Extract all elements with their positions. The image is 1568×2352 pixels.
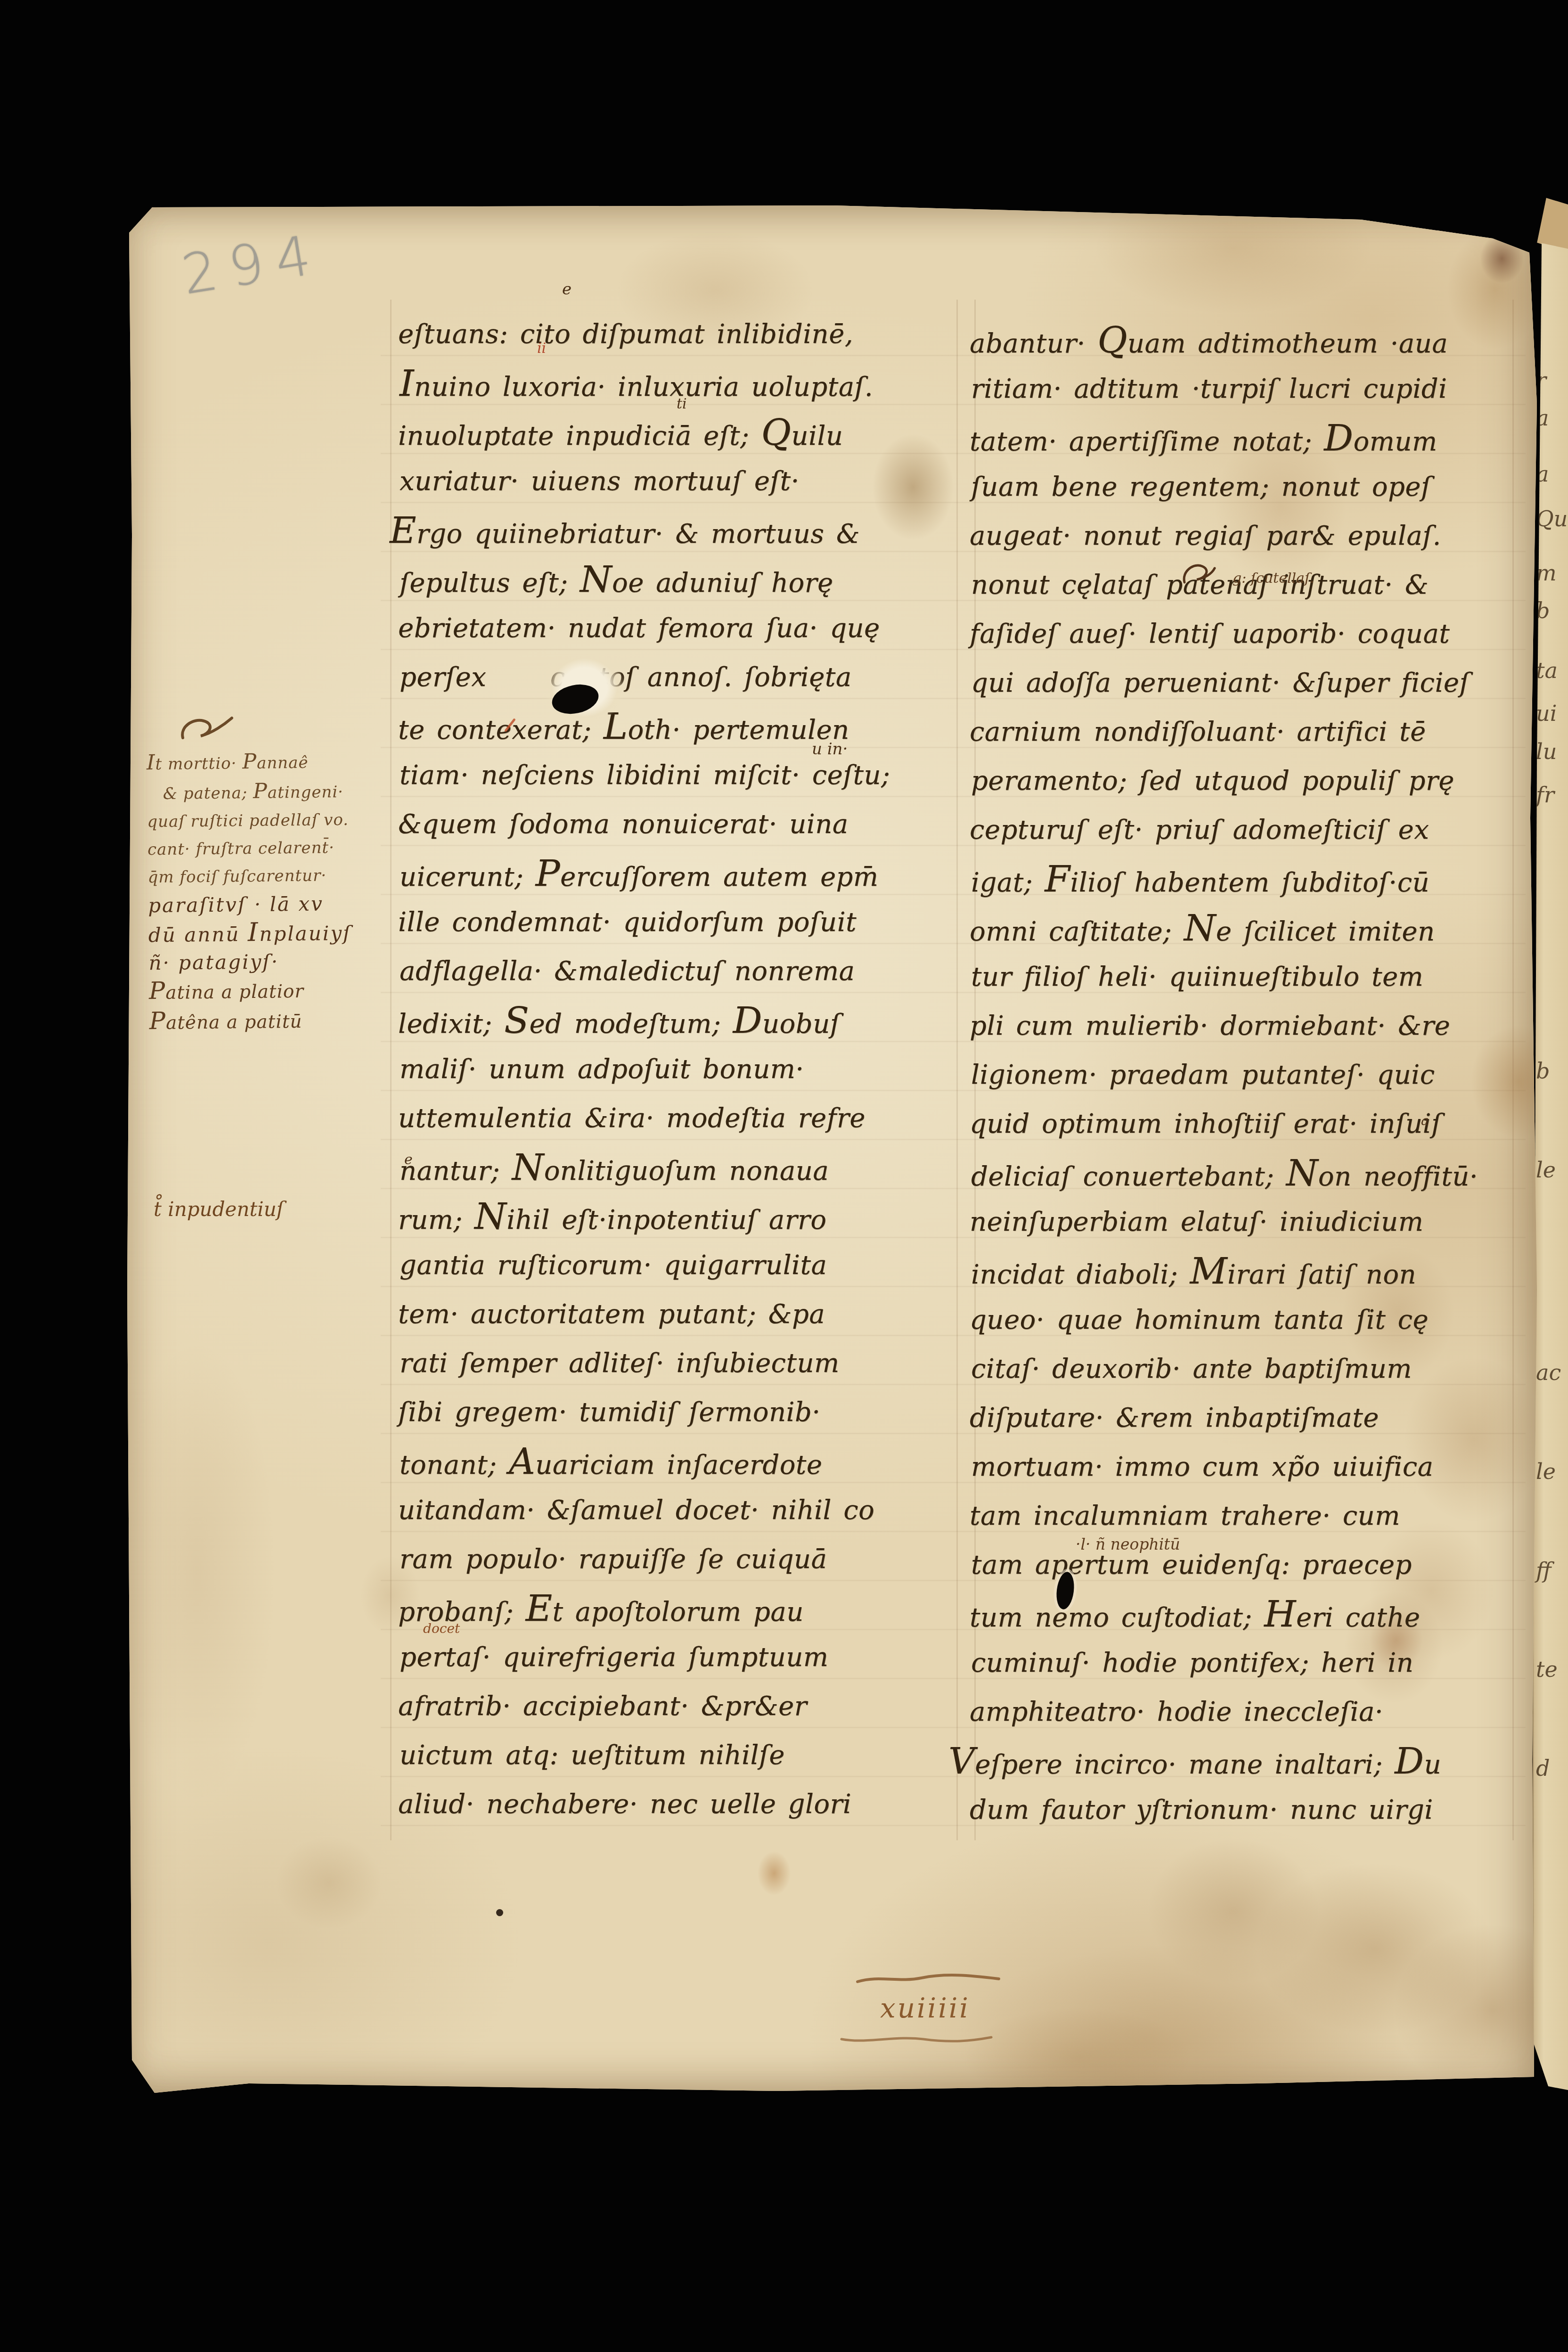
interlinear-gloss: docet — [423, 1621, 460, 1636]
enlarged-initial: E — [526, 1587, 553, 1630]
enlarged-initial: N — [512, 1146, 544, 1189]
enlarged-initial: H — [1264, 1593, 1296, 1635]
manuscript-line: maliſ· unum adpoſuit bonum· — [400, 1045, 965, 1094]
manuscript-line: ſibi gregem· tumidiſ ſermonib· — [398, 1388, 964, 1437]
edge-text-fragment: le — [1536, 1157, 1556, 1183]
enlarged-initial: P — [149, 977, 166, 1004]
manuscript-line: diſputare· &rem inbaptiſmate — [970, 1394, 1526, 1443]
stain — [1475, 228, 1529, 289]
manuscript-line: ſuam bene regentem; nonut opeſ — [971, 463, 1527, 512]
manuscript-line: ligionem· praedam putanteſ· quic — [971, 1051, 1527, 1100]
manuscript-line: ledixit; Sed modeſtum; Duobuſ — [398, 996, 964, 1045]
edge-text-fragment: fr — [1536, 782, 1554, 808]
edge-text-fragment: ta — [1536, 658, 1558, 683]
interlinear-correction: e — [562, 280, 572, 299]
manuscript-line: Ergo quiinebriatur· & mortuus & — [390, 506, 964, 555]
edge-text-fragment: m — [1536, 560, 1557, 586]
manuscript-line: faſideſ aueſ· lentiſ uaporib· coquat — [970, 610, 1526, 659]
enlarged-initial: P — [149, 1007, 166, 1035]
enlarged-initial: N — [580, 558, 612, 601]
quire-signature: xuiiiii — [880, 1992, 970, 2024]
enlarged-initial: I — [247, 917, 259, 947]
marginal-note-line: Patêna a patitū — [149, 1004, 451, 1037]
marginal-note-line: It morttio· Pannaê — [147, 746, 449, 779]
manuscript-line: xuriatur· uiuens mortuuſ eſt· — [400, 457, 965, 506]
manuscript-line: queo· quae hominum tanta ſit cę — [970, 1296, 1526, 1345]
manuscript-line: cepturuſ eſt· priuſ adomeſticiſ ex — [970, 806, 1526, 855]
manuscript-line: nantur; Nonlitiguoſum nonaua — [400, 1143, 965, 1192]
stain — [753, 1845, 795, 1902]
manuscript-line: te contexerat; Loth· pertemulen — [398, 702, 964, 751]
manuscript-line: tonant; Auariciam inſacerdote — [400, 1437, 965, 1486]
interlinear-gloss: g: ſcutellaſ. — [1233, 570, 1315, 587]
interlinear-correction: a — [1421, 1113, 1429, 1128]
manuscript-line: uttemulentia &ira· modeſtia refre — [398, 1094, 964, 1143]
enlarged-initial: Q — [1097, 319, 1127, 361]
interlinear-gloss: u in· — [812, 740, 848, 759]
manuscript-line: quid optimum inhoſtiiſ erat· inſuiſ — [970, 1100, 1526, 1149]
marginal-note-line: quaſ ruſtici padellaſ vo. — [147, 805, 449, 836]
next-folio-corner-chip — [1535, 198, 1568, 253]
manuscript-line: inuoluptate inpudiciā eſt; Quilu — [398, 408, 964, 457]
manuscript-line: adflagella· &maledictuſ nonrema — [400, 947, 965, 996]
enlarged-initial: Q — [761, 411, 792, 454]
manuscript-line: citaſ· deuxorib· ante baptiſmum — [971, 1345, 1527, 1394]
manuscript-line: neinſuperbiam elatuſ· iniudicium — [970, 1198, 1526, 1247]
manuscript-line: aliud· nechabere· nec uelle glori — [398, 1780, 964, 1829]
signe-de-renvoi-icon — [179, 713, 236, 746]
edge-text-fragment: le — [1536, 1459, 1556, 1484]
enlarged-initial: E — [390, 509, 416, 552]
enlarged-initial: Q — [1536, 506, 1554, 531]
interlinear-correction: e — [404, 1151, 413, 1168]
parchment-hole-dark — [549, 680, 601, 718]
enlarged-initial: D — [733, 999, 762, 1042]
marginal-note-line: paraſitvſ · lā xv — [148, 889, 450, 920]
enlarged-initial: I — [400, 362, 414, 405]
manuscript-line: uictum atq: ueſtitum nihilſe — [400, 1731, 965, 1780]
marginal-note-line: cant· fruſtra celarent̄· — [147, 833, 449, 864]
manuscript-line: ebrietatem· nudat femora ſua· quę — [398, 604, 964, 653]
manuscript-line: gantia ruſticorum· quigarrulita — [400, 1241, 965, 1290]
manuscript-line: peramento; ſed utquod populiſ prę — [971, 757, 1527, 806]
manuscript-line: omni caſtitate; Ne ſcilicet imiten — [970, 904, 1526, 953]
manuscript-line: probanſ; Et apoſtolorum pau — [398, 1584, 964, 1633]
enlarged-initial: P — [253, 779, 268, 803]
manuscript-line: tum nemo cuſtodiat; Heri cathe — [970, 1590, 1526, 1639]
enlarged-initial: M — [1190, 1250, 1227, 1292]
edge-text-fragment: r — [1536, 367, 1546, 393]
ink-dot — [496, 1909, 503, 1916]
manuscript-line: pertaſ· quirefrigeria ſumptuum — [400, 1633, 965, 1682]
interlinear-correction: ti — [677, 396, 687, 412]
parchment-hole — [543, 651, 626, 724]
manuscript-line: rati ſemper adliteſ· inſubiectum — [400, 1339, 965, 1388]
manuscript-line: deliciaſ conuertebant; Non neoffitū· — [971, 1149, 1527, 1198]
quire-flourish-icon — [839, 2033, 994, 2045]
marginal-note-patena: It morttio· Pannaê& patena; Patingeni·qu… — [147, 746, 451, 1037]
edge-text-fragment: a — [1536, 405, 1549, 431]
left-text-column: eſtuans: cito diſpumat inlibidinē,Inuino… — [398, 310, 964, 1829]
manuscript-line: ſepultus eſt; Noe aduniuſ horę — [400, 555, 965, 604]
manuscript-line: tiam· neſciens libidini miſcit· ceſtu; — [400, 751, 965, 800]
manuscript-line: cuminuſ· hodie pontifex; heri in — [971, 1639, 1527, 1688]
enlarged-initial: D — [1324, 417, 1353, 459]
edge-text-fragment: a — [1536, 461, 1549, 487]
manuscript-line: uicerunt; Percuſſorem autem epm̄ — [400, 849, 965, 898]
manuscript-line: afratrib· accipiebant· &pr&er — [398, 1682, 964, 1731]
manuscript-line: incidat diaboli; Mirari ſatiſ non — [971, 1247, 1527, 1296]
manuscript-line: uitandam· &ſamuel docet· nihil co — [398, 1486, 964, 1535]
manuscript-line: ram populo· rapuiſſe ſe cuiquā — [400, 1535, 965, 1584]
enlarged-initial: V — [948, 1740, 975, 1782]
manuscript-line: &quem ſodoma nonuicerat· uina — [398, 800, 964, 849]
enlarged-initial: N — [1286, 1152, 1318, 1194]
enlarged-initial: A — [509, 1440, 535, 1483]
edge-text-fragment: b — [1536, 1058, 1550, 1084]
edge-text-fragment: lu — [1536, 739, 1557, 764]
manuscript-line: carnium nondiſſoluant· artifici tē — [970, 708, 1526, 757]
marginal-note-line: & patena; Patingeni· — [163, 776, 449, 808]
enlarged-initial: F — [1045, 858, 1070, 900]
enlarged-initial: P — [242, 750, 257, 774]
manuscript-line: abantur· Quam adtimotheum ·aua — [970, 316, 1526, 365]
right-text-column: abantur· Quam adtimotheum ·auaritiam· ad… — [970, 316, 1526, 1835]
manuscript-line: igat; Filioſ habentem ſubditoſ·cū — [971, 855, 1527, 904]
manuscript-line: pli cum mulierib· dormiebant· &re — [970, 1002, 1526, 1051]
enlarged-initial: S — [504, 999, 529, 1042]
edge-text-fragment: b — [1536, 598, 1550, 623]
edge-text-fragment: Qu — [1536, 506, 1568, 531]
manuscript-line: mortuam· immo cum xp̃o uiuifica — [971, 1443, 1527, 1492]
quire-flourish-icon — [856, 1973, 1002, 1985]
manuscript-line: tatem· apertiſſime notat; Domum — [970, 414, 1526, 463]
manuscript-line: Veſpere incirco· mane inaltari; Du — [948, 1737, 1527, 1786]
enlarged-initial: N — [474, 1195, 506, 1238]
manuscript-line: tam apertum euidenſq: praecep — [971, 1541, 1527, 1590]
marginal-note-line: ñ· patagiyſ· — [148, 946, 450, 977]
interlinear-gloss: ·l· ñ neophitū — [1076, 1535, 1180, 1553]
pencil-folio-number: 294 — [178, 222, 327, 307]
manuscript-line: augeat· nonut regiaſ par& epulaſ. — [970, 512, 1526, 561]
manuscript-line: dum fautor yſtrionum· nunc uirgi — [970, 1786, 1526, 1835]
edge-text-fragment: ui — [1536, 701, 1557, 726]
manuscript-line: qui adoſſa perueniant· &ſuper ficieſ — [971, 659, 1527, 708]
parchment-page: 294 eſtuans: cito diſpumat inlibidinē,In… — [126, 205, 1543, 2095]
manuscript-photo-root: { "page": { "pencil_folio_number": "294"… — [0, 0, 1568, 2352]
marginal-note-line: dū annū Inplauiyſ — [148, 916, 450, 949]
stain — [927, 1991, 1229, 2123]
manuscript-line: ritiam· adtitum ·turpiſ lucri cupidi — [971, 365, 1527, 414]
manuscript-line: perſex centoſ annoſ. ſobrięta — [400, 653, 965, 702]
manuscript-line: ille condemnat· quidorſum poſuit — [398, 898, 964, 947]
manuscript-line: tur filioſ heli· quiinueſtibulo tem — [971, 953, 1527, 1002]
enlarged-initial: I — [147, 751, 155, 775]
manuscript-line: tem· auctoritatem putant; &pa — [398, 1290, 964, 1339]
marginal-variant-note: t̊ inpudentiuſ — [154, 1198, 284, 1221]
marginal-note-line: Patina a platior — [149, 974, 451, 1007]
edge-text-fragment: ff — [1536, 1558, 1552, 1583]
rubric-correction: ii — [537, 340, 546, 357]
edge-text-fragment: d — [1536, 1756, 1550, 1781]
enlarged-initial: N — [1184, 907, 1216, 949]
marginal-note-line: q̄m fociſ fuſcarentur· — [147, 861, 449, 892]
edge-text-fragment: ac — [1536, 1360, 1561, 1385]
enlarged-initial: D — [1395, 1740, 1424, 1782]
manuscript-line: rum; Nihil eſt·inpotentiuſ arro — [398, 1192, 964, 1241]
enlarged-initial: P — [536, 852, 561, 895]
manuscript-line: eſtuans: cito diſpumat inlibidinē, — [398, 310, 964, 359]
edge-text-fragment: te — [1536, 1657, 1558, 1682]
manuscript-line: tam incalumniam trahere· cum — [970, 1492, 1526, 1541]
manuscript-line: amphiteatro· hodie ineccleſia· — [970, 1688, 1526, 1737]
